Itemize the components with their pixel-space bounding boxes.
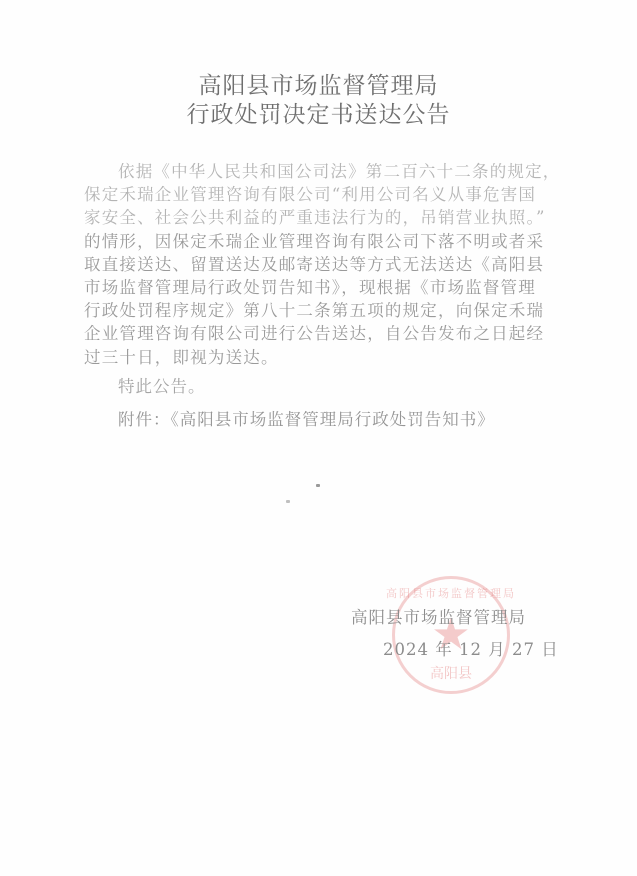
scan-speck: [286, 500, 290, 503]
body-line-9: 过三十日，即视为送达。: [84, 346, 574, 369]
document-title-agency: 高阳县市场监督管理局: [0, 71, 637, 101]
body-line-8: 企业管理咨询有限公司进行公告送达，自公告发布之日起经: [84, 322, 574, 345]
body-line-1: 依据《中华人民共和国公司法》第二百六十二条的规定，: [84, 160, 574, 183]
body-line-4: 的情形，因保定禾瑞企业管理咨询有限公司下落不明或者采: [84, 230, 574, 253]
document-title-notice: 行政处罚决定书送达公告: [0, 100, 637, 130]
issuing-agency-signature: 高阳县市场监督管理局: [351, 604, 526, 628]
scan-speck: [316, 484, 320, 487]
notice-body: 依据《中华人民共和国公司法》第二百六十二条的规定， 保定禾瑞企业管理咨询有限公司…: [84, 160, 574, 369]
body-line-3: 家安全、社会公共利益的严重违法行为的，吊销营业执照。”: [84, 206, 574, 229]
body-line-2: 保定禾瑞企业管理咨询有限公司“利用公司名义从事危害国: [84, 183, 574, 206]
body-line-5: 取直接送达、留置送达及邮寄送达等方式无法送达《高阳县: [84, 253, 574, 276]
official-seal: 高阳县市场监督管理局 ★ 高阳县: [392, 576, 510, 694]
issue-date: 2024 年 12 月 27 日: [383, 636, 559, 660]
body-line-7: 行政处罚程序规定》第八十二条第五项的规定，向保定禾瑞: [84, 299, 574, 322]
scanned-document-page: 高阳县市场监督管理局 行政处罚决定书送达公告 依据《中华人民共和国公司法》第二百…: [0, 0, 637, 876]
body-line-6: 市场监督管理局行政处罚告知书》，现根据《市场监督管理: [84, 276, 574, 299]
attachment-reference: 附件：《高阳县市场监督管理局行政处罚告知书》: [118, 406, 495, 430]
seal-bottom-text: 高阳县: [430, 663, 472, 683]
seal-top-text: 高阳县市场监督管理局: [386, 585, 516, 601]
closing-statement: 特此公告。: [118, 373, 206, 397]
